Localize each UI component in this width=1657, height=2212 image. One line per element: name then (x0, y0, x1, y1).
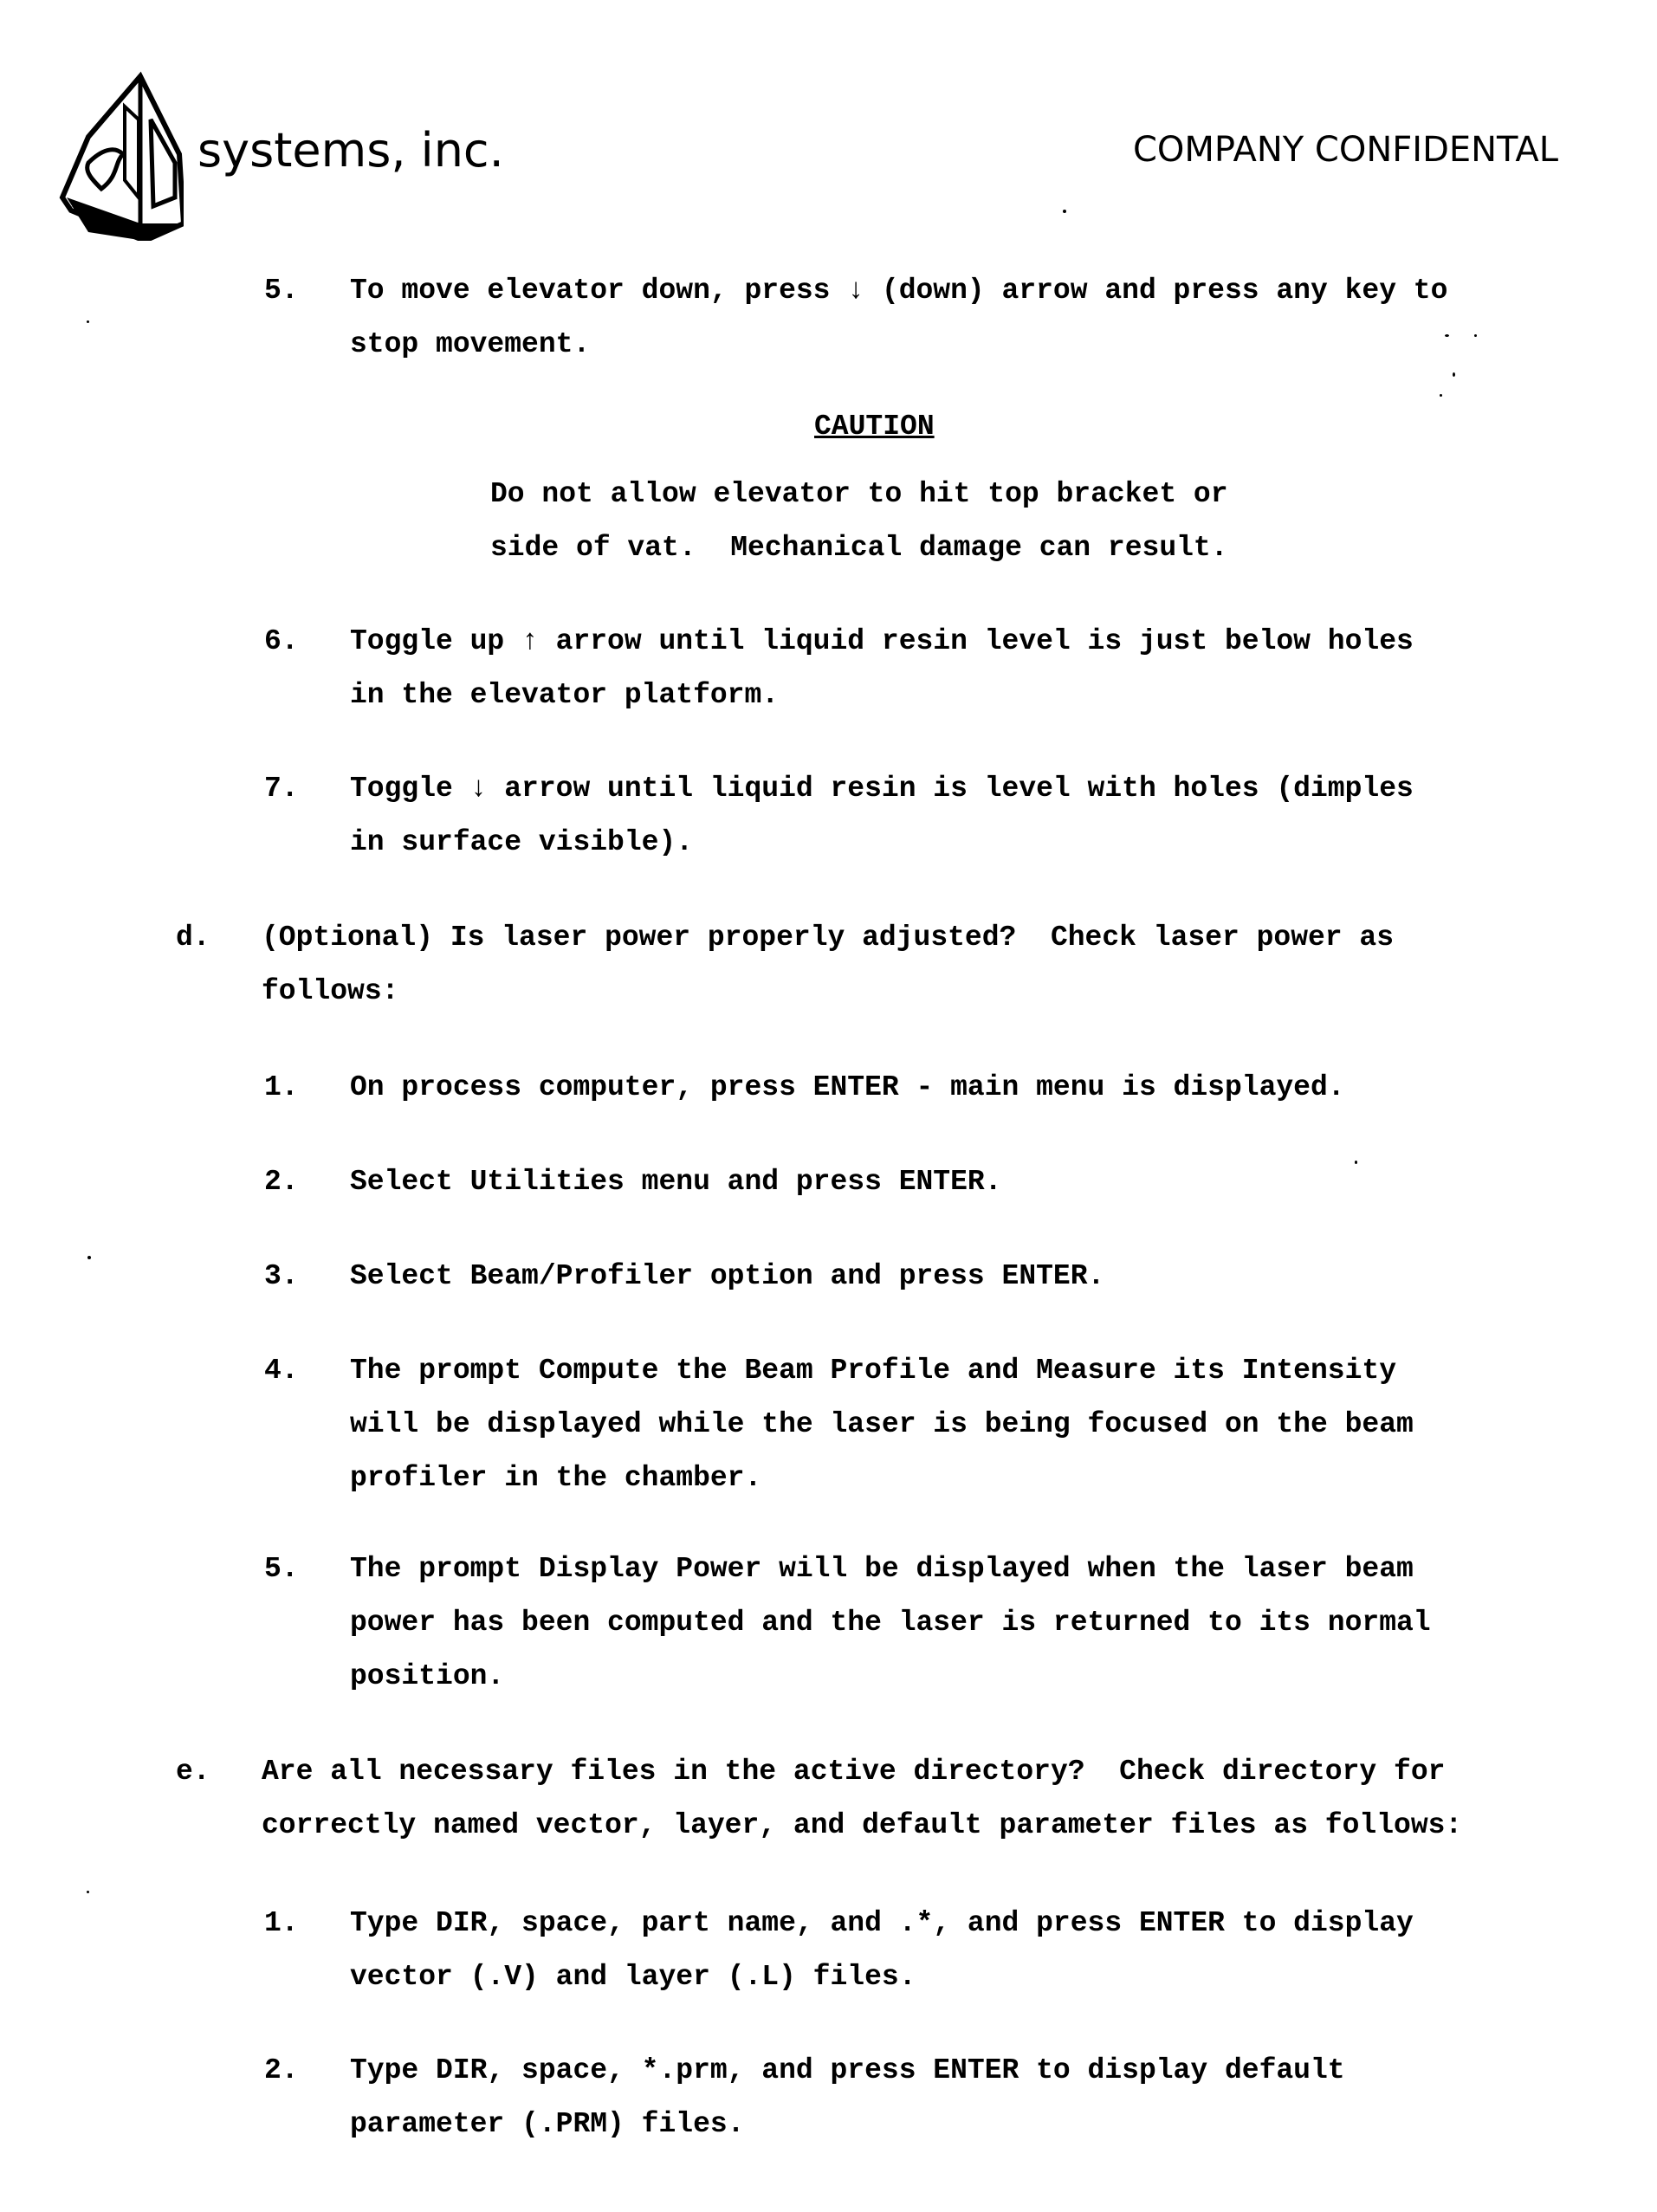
step-text: Select Beam/Profiler option and press EN… (350, 1250, 1104, 1303)
section-letter: d. (176, 911, 210, 965)
3d-systems-logo-icon (54, 68, 184, 241)
step-number: 2. (264, 2044, 299, 2098)
section-text: (Optional) Is laser power properly adjus… (262, 911, 1394, 1019)
step-text: The prompt Compute the Beam Profile and … (350, 1344, 1414, 1505)
caution-text: Do not allow elevator to hit top bracket… (490, 468, 1228, 575)
step-text: Toggle up ↑ arrow until liquid resin lev… (350, 615, 1414, 722)
scan-speck (87, 1891, 89, 1893)
company-name: systems, inc. (197, 123, 504, 178)
step-number: 2. (264, 1155, 299, 1209)
scan-speck (1453, 372, 1455, 377)
step-text: Type DIR, space, *.prm, and press ENTER … (350, 2044, 1345, 2151)
step-text: To move elevator down, press ↓ (down) ar… (350, 264, 1447, 372)
scan-speck (1440, 394, 1442, 397)
scan-speck (1355, 1161, 1357, 1164)
document-page: systems, inc. COMPANY CONFIDENTAL 5. To … (0, 0, 1657, 2212)
step-number: 3. (264, 1250, 299, 1303)
section-text: Are all necessary files in the active di… (262, 1745, 1462, 1853)
caution-heading: CAUTION (814, 400, 935, 454)
step-number: 7. (264, 762, 299, 816)
step-text: Select Utilities menu and press ENTER. (350, 1155, 1002, 1209)
step-number: 1. (264, 1061, 299, 1115)
scan-speck (87, 1256, 91, 1259)
scan-speck (1445, 334, 1449, 337)
step-number: 1. (264, 1897, 299, 1950)
step-number: 6. (264, 615, 299, 669)
section-letter: e. (176, 1745, 210, 1799)
scan-speck (1474, 334, 1477, 337)
step-text: On process computer, press ENTER - main … (350, 1061, 1345, 1115)
scan-speck (87, 320, 89, 323)
confidential-label: COMPANY CONFIDENTAL (1133, 130, 1558, 170)
step-number: 4. (264, 1344, 299, 1398)
step-number: 5. (264, 1543, 299, 1596)
step-text: The prompt Display Power will be display… (350, 1543, 1431, 1704)
step-text: Toggle ↓ arrow until liquid resin is lev… (350, 762, 1414, 870)
step-number: 5. (264, 264, 299, 318)
step-text: Type DIR, space, part name, and .*, and … (350, 1897, 1414, 2004)
scan-speck (1063, 210, 1066, 213)
